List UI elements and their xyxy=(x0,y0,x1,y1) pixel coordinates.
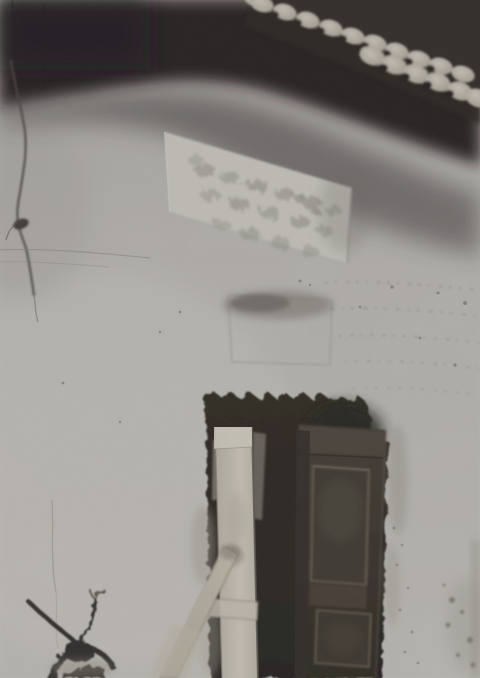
photo-canvas xyxy=(0,0,480,678)
photo xyxy=(0,0,480,678)
film-grain-light xyxy=(0,0,480,678)
